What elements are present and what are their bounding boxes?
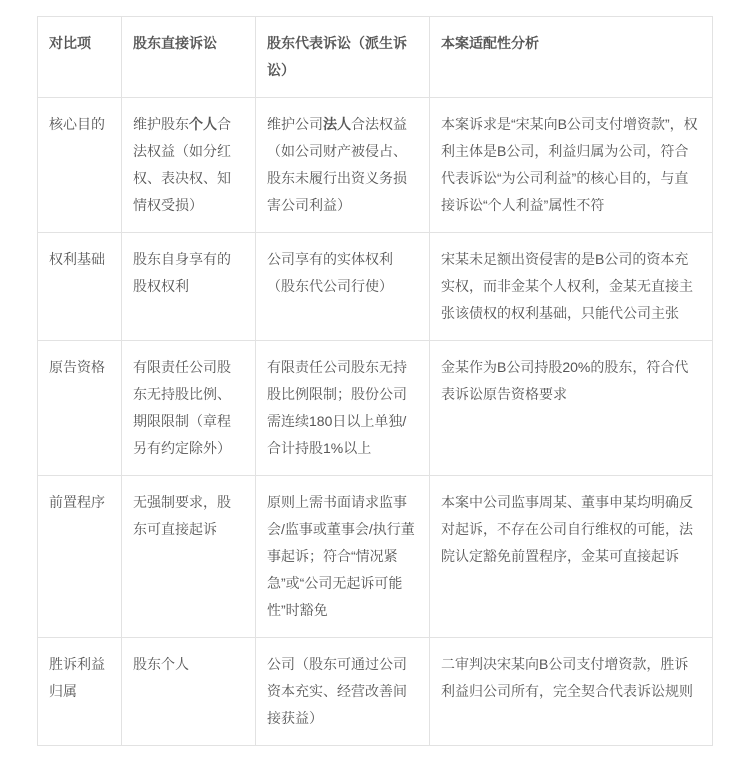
comparison-table: 对比项 股东直接诉讼 股东代表诉讼（派生诉讼） 本案适配性分析 核心目的 维护股… — [37, 16, 713, 746]
row-label: 胜诉利益归属 — [38, 638, 122, 746]
derivative-lawsuit-cell: 有限责任公司股东无持股比例限制；股份公司需连续180日以上单独/合计持股1%以上 — [256, 341, 430, 476]
table-header-row: 对比项 股东直接诉讼 股东代表诉讼（派生诉讼） 本案适配性分析 — [38, 17, 713, 98]
header-direct-lawsuit: 股东直接诉讼 — [122, 17, 256, 98]
case-analysis-cell: 二审判决宋某向B公司支付增资款，胜诉利益归公司所有，完全契合代表诉讼规则 — [430, 638, 713, 746]
emphasis-text: 个人 — [189, 116, 217, 132]
case-analysis-cell: 本案中公司监事周某、董事申某均明确反对起诉，不存在公司自行维权的可能，法院认定豁… — [430, 476, 713, 638]
row-label: 核心目的 — [38, 98, 122, 233]
cell-text: 维护股东 — [133, 116, 189, 132]
cell-text: 维护公司 — [267, 116, 323, 132]
direct-lawsuit-cell: 无强制要求，股东可直接起诉 — [122, 476, 256, 638]
header-case-analysis: 本案适配性分析 — [430, 17, 713, 98]
direct-lawsuit-cell: 股东个人 — [122, 638, 256, 746]
row-label: 前置程序 — [38, 476, 122, 638]
table-row-pre-procedure: 前置程序 无强制要求，股东可直接起诉 原则上需书面请求监事会/监事或董事会/执行… — [38, 476, 713, 638]
header-comparison-item: 对比项 — [38, 17, 122, 98]
row-label: 权利基础 — [38, 233, 122, 341]
case-analysis-cell: 金某作为B公司持股20%的股东，符合代表诉讼原告资格要求 — [430, 341, 713, 476]
case-analysis-cell: 本案诉求是“宋某向B公司支付增资款”，权利主体是B公司，利益归属为公司，符合代表… — [430, 98, 713, 233]
row-label: 原告资格 — [38, 341, 122, 476]
table-row-rights-basis: 权利基础 股东自身享有的股权权利 公司享有的实体权利（股东代公司行使） 宋某未足… — [38, 233, 713, 341]
case-analysis-cell: 宋某未足额出资侵害的是B公司的资本充实权，而非金某个人权利，金某无直接主张该债权… — [430, 233, 713, 341]
table-row-plaintiff-qualification: 原告资格 有限责任公司股东无持股比例、期限限制（章程另有约定除外） 有限责任公司… — [38, 341, 713, 476]
document-page: 对比项 股东直接诉讼 股东代表诉讼（派生诉讼） 本案适配性分析 核心目的 维护股… — [0, 0, 746, 760]
direct-lawsuit-cell: 股东自身享有的股权权利 — [122, 233, 256, 341]
derivative-lawsuit-cell: 公司享有的实体权利（股东代公司行使） — [256, 233, 430, 341]
direct-lawsuit-cell: 有限责任公司股东无持股比例、期限限制（章程另有约定除外） — [122, 341, 256, 476]
emphasis-text: 法人 — [323, 116, 351, 132]
direct-lawsuit-cell: 维护股东个人合法权益（如分红权、表决权、知情权受损） — [122, 98, 256, 233]
table-row-winning-benefit-attribution: 胜诉利益归属 股东个人 公司（股东可通过公司资本充实、经营改善间接获益） 二审判… — [38, 638, 713, 746]
table-row-core-purpose: 核心目的 维护股东个人合法权益（如分红权、表决权、知情权受损） 维护公司法人合法… — [38, 98, 713, 233]
derivative-lawsuit-cell: 公司（股东可通过公司资本充实、经营改善间接获益） — [256, 638, 430, 746]
derivative-lawsuit-cell: 原则上需书面请求监事会/监事或董事会/执行董事起诉；符合“情况紧急”或“公司无起… — [256, 476, 430, 638]
header-derivative-lawsuit: 股东代表诉讼（派生诉讼） — [256, 17, 430, 98]
derivative-lawsuit-cell: 维护公司法人合法权益（如公司财产被侵占、股东未履行出资义务损害公司利益） — [256, 98, 430, 233]
